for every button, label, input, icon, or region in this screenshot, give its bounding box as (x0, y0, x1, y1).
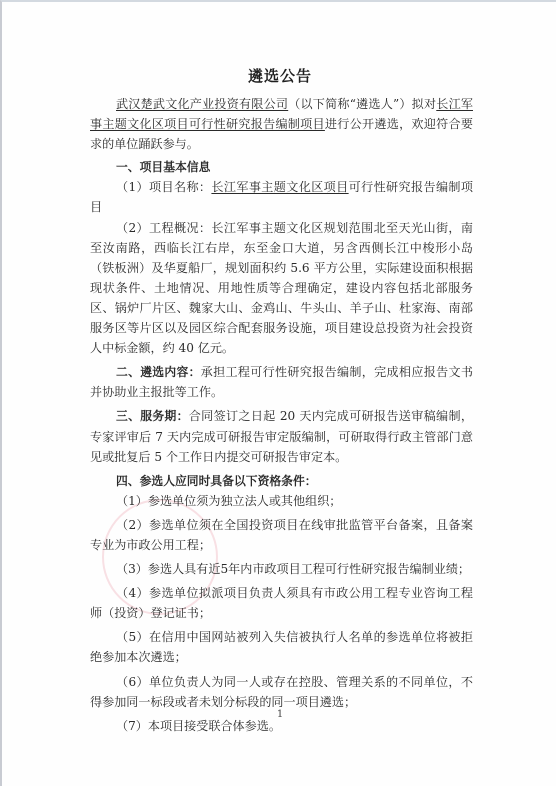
page-number: 1 (2, 709, 556, 720)
document-page: 遴选公告 武汉楚武文化产业投资有限公司（以下简称“遴选人”）拟对长江军事主题文化… (0, 0, 556, 786)
section1-item1: （1）项目名称：长江军事主题文化区项目可行性研究报告编制项目 (90, 177, 473, 217)
qualification-item-1: （1）参选单位须为独立法人或其他组织； (90, 491, 473, 511)
item1-project-name: 长江军事主题文化区项目 (211, 180, 348, 194)
section1-item2: （2）工程概况：长江军事主题文化区规划范围北至天光山街，南至汝南路，西临长江右岸… (90, 218, 473, 359)
section3-heading: 三、服务期： (116, 409, 189, 423)
qualification-item-3: （3）参选人具有近5年内市政项目工程可行性研究报告编制业绩； (90, 559, 473, 579)
page-title: 遴选公告 (2, 65, 556, 86)
qualification-item-5: （5）在信用中国网站被列入失信被执行人名单的参选单位将被拒绝参加本次遴选； (90, 627, 473, 667)
section2-heading: 二、遴选内容： (116, 365, 201, 379)
qualification-item-4: （4）参选单位拟派项目负责人须具有市政公用工程专业咨询工程师（投资）登记证书； (90, 583, 473, 623)
intro-text-1: （以下简称“遴选人”）拟对 (288, 97, 436, 111)
intro-paragraph: 武汉楚武文化产业投资有限公司（以下简称“遴选人”）拟对长江军事主题文化区项目可行… (90, 94, 473, 154)
company-name: 武汉楚武文化产业投资有限公司 (116, 97, 288, 111)
section3-paragraph: 三、服务期：合同签订之日起 20 天内完成可研报告送审稿编制，专家评审后 7 天… (90, 406, 473, 466)
section4-heading: 四、参选人应同时具备以下资格条件： (90, 471, 473, 491)
section2-paragraph: 二、遴选内容：承担工程可行性研究报告编制，完成相应报告文书并协助业主报批等工作。 (90, 362, 473, 402)
section1-heading: 一、项目基本信息 (90, 157, 473, 177)
qualification-item-2: （2）参选单位须在全国投资项目在线审批监管平台备案，且备案专业为市政公用工程； (90, 515, 473, 555)
item1-prefix: （1）项目名称： (116, 180, 211, 194)
qualification-item-6: （6）单位负责人为同一人或存在控股、管理关系的不同单位，不得参加同一标段或者未划… (90, 672, 473, 712)
document-body: 武汉楚武文化产业投资有限公司（以下简称“遴选人”）拟对长江军事主题文化区项目可行… (90, 94, 473, 736)
